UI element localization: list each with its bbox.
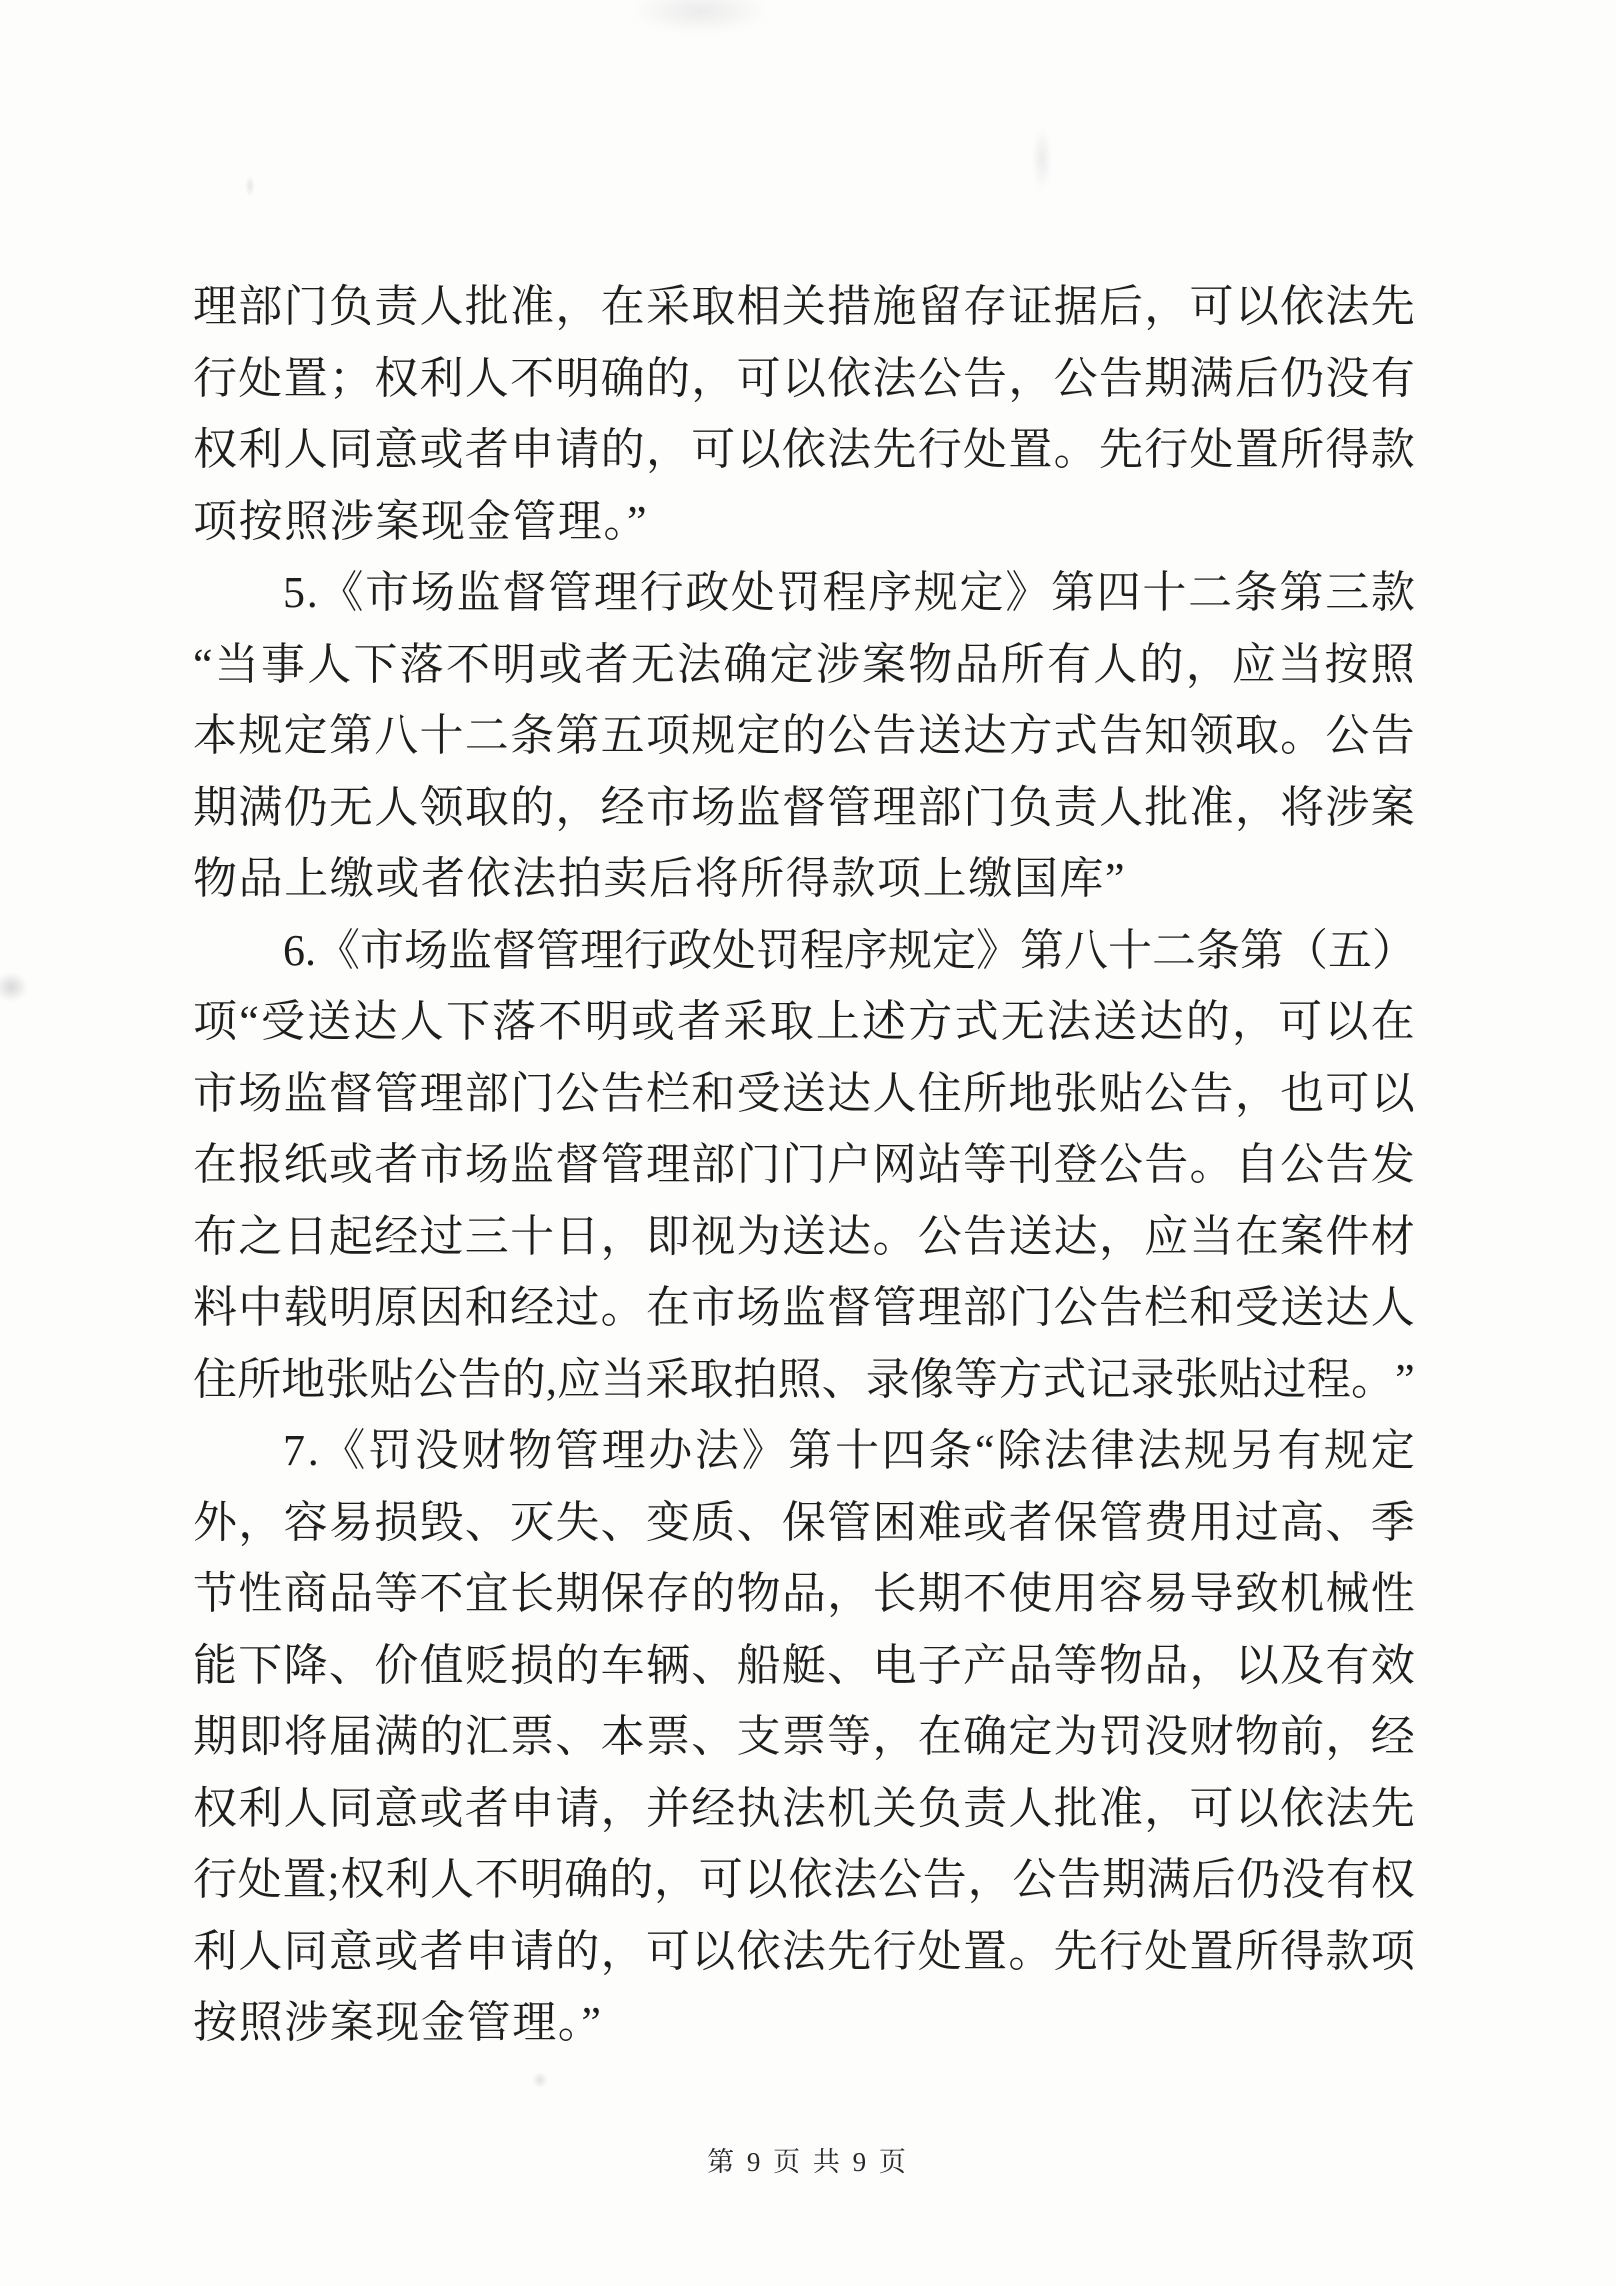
text-line: “当事人下落不明或者无法确定涉案物品所有人的，应当按照	[193, 629, 1415, 701]
text-line: 住所地张贴公告的,应当采取拍照、录像等方式记录张贴过程。”	[193, 1344, 1415, 1416]
text-line: 行处置；权利人不明确的，可以依法公告，公告期满后仍没有	[193, 343, 1415, 415]
text-line: 能下降、价值贬损的车辆、船艇、电子产品等物品，以及有效	[193, 1630, 1415, 1702]
scan-artifact	[532, 2072, 548, 2088]
text-line: 布之日起经过三十日，即视为送达。公告送达，应当在案件材	[193, 1201, 1415, 1273]
page-number: 第 9 页 共 9 页	[0, 2140, 1616, 2179]
text-line: 在报纸或者市场监督管理部门门户网站等刊登公告。自公告发	[193, 1129, 1415, 1201]
text-line: 期即将届满的汇票、本票、支票等，在确定为罚没财物前，经	[193, 1701, 1415, 1773]
text-line: 期满仍无人领取的，经市场监督管理部门负责人批准，将涉案	[193, 772, 1415, 844]
text-line: 节性商品等不宜长期保存的物品，长期不使用容易导致机械性	[193, 1558, 1415, 1630]
text-line: 项“受送达人下落不明或者采取上述方式无法送达的，可以在	[193, 986, 1415, 1058]
scan-artifact	[1032, 128, 1052, 190]
text-line: 市场监督管理部门公告栏和受送达人住所地张贴公告，也可以	[193, 1058, 1415, 1130]
scan-artifact	[630, 0, 770, 34]
scan-artifact	[245, 175, 255, 197]
text-line: 利人同意或者申请的，可以依法先行处置。先行处置所得款项	[193, 1916, 1415, 1988]
text-line: 5.《市场监督管理行政处罚程序规定》第四十二条第三款	[193, 557, 1415, 629]
document-body: 理部门负责人批准，在采取相关措施留存证据后，可以依法先行处置；权利人不明确的，可…	[193, 271, 1415, 2059]
text-line: 料中载明原因和经过。在市场监督管理部门公告栏和受送达人	[193, 1272, 1415, 1344]
text-line: 理部门负责人批准，在采取相关措施留存证据后，可以依法先	[193, 271, 1415, 343]
text-line: 权利人同意或者申请，并经执法机关负责人批准，可以依法先	[193, 1773, 1415, 1845]
text-line: 权利人同意或者申请的，可以依法先行处置。先行处置所得款	[193, 414, 1415, 486]
text-line: 7.《罚没财物管理办法》第十四条“除法律法规另有规定	[193, 1415, 1415, 1487]
scan-artifact	[0, 972, 28, 1002]
scanned-document-page: 理部门负责人批准，在采取相关措施留存证据后，可以依法先行处置；权利人不明确的，可…	[0, 0, 1616, 2286]
text-line: 6.《市场监督管理行政处罚程序规定》第八十二条第（五）	[193, 915, 1415, 987]
text-line: 项按照涉案现金管理。”	[193, 486, 1415, 558]
text-line: 行处置;权利人不明确的，可以依法公告，公告期满后仍没有权	[193, 1844, 1415, 1916]
text-line: 物品上缴或者依法拍卖后将所得款项上缴国库”	[193, 843, 1415, 915]
text-line: 外，容易损毁、灭失、变质、保管困难或者保管费用过高、季	[193, 1487, 1415, 1559]
text-line: 按照涉案现金管理。”	[193, 1987, 1415, 2059]
text-line: 本规定第八十二条第五项规定的公告送达方式告知领取。公告	[193, 700, 1415, 772]
